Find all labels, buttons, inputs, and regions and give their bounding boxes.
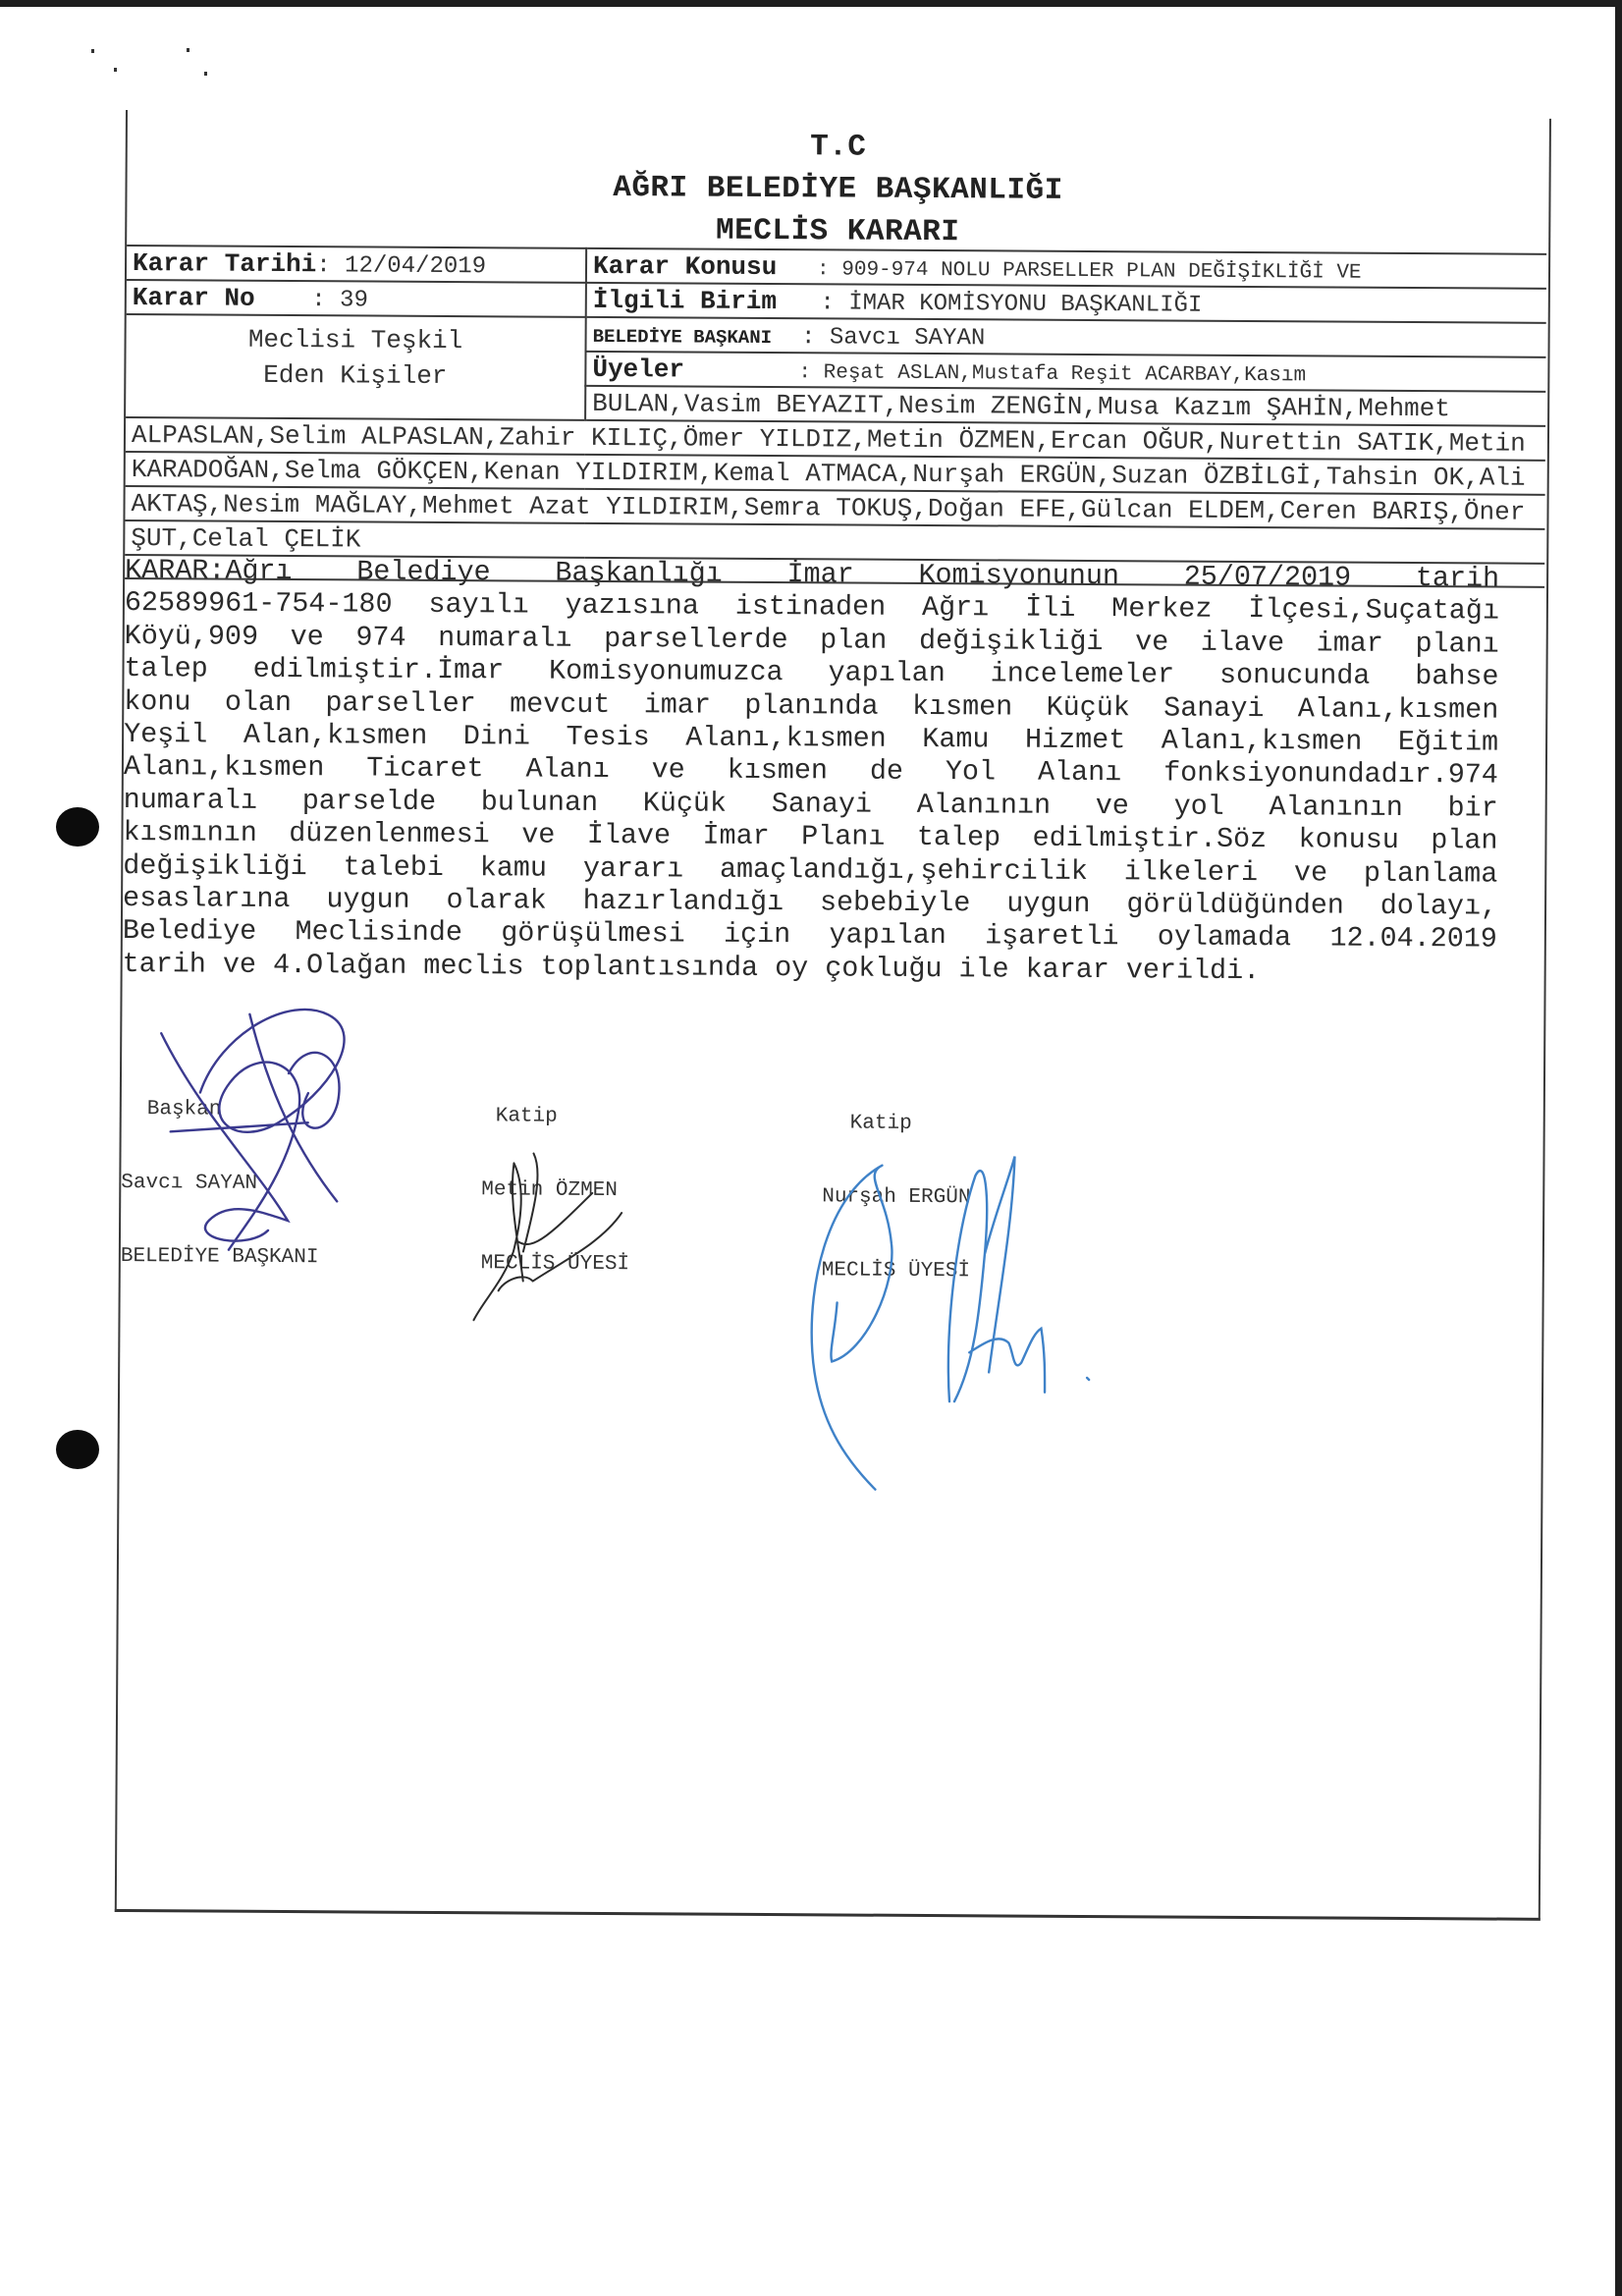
scan-speck — [204, 72, 207, 76]
scan-border-top — [0, 0, 1622, 7]
handwritten-signature-chair — [128, 110, 1549, 119]
members-label: Üyeler — [592, 354, 684, 384]
decision-body: KARAR:Ağrı Belediye Başkanlığı İmar Komi… — [123, 554, 1500, 989]
council-members-heading: Meclisi Teşkil Eden Kişiler — [126, 314, 586, 420]
scan-speck — [187, 48, 189, 52]
document-title: T.C AĞRI BELEDİYE BAŞKANLIĞI MECLİS KARA… — [127, 122, 1549, 257]
scan-speck — [114, 68, 117, 72]
decision-no-value: 39 — [340, 287, 368, 313]
mayor-value: Savcı SAYAN — [830, 324, 986, 352]
decision-date-value: 12/04/2019 — [345, 252, 486, 280]
decision-subject-label: Karar Konusu — [593, 250, 777, 281]
members-line: Reşat ASLAN,Mustafa Reşit ACARBAY,Kasım — [824, 361, 1307, 387]
signature-role: Katip — [823, 1111, 971, 1136]
mayor-label: BELEDİYE BAŞKANI — [593, 325, 773, 348]
decision-meta-table: Karar Tarihi: 12/04/2019 Karar Konusu : … — [125, 245, 1546, 588]
punch-hole — [56, 1430, 99, 1469]
members-line: BULAN,Vasim BEYAZIT,Nesim ZENGİN,Musa Ka… — [585, 386, 1545, 426]
related-unit-label: İlgili Birim — [593, 285, 777, 315]
decision-date-label: Karar Tarihi — [133, 248, 316, 279]
document-frame: T.C AĞRI BELEDİYE BAŞKANLIĞI MECLİS KARA… — [115, 110, 1551, 1921]
scan-border-right — [1615, 0, 1622, 2296]
decision-no-label: Karar No — [133, 283, 255, 313]
scan-speck — [91, 49, 94, 53]
related-unit-value: İMAR KOMİSYONU BAŞKANLIĞI — [848, 290, 1202, 318]
decision-subject-value: 909-974 NOLU PARSELLER PLAN DEĞİŞİKLİĞİ … — [841, 258, 1361, 284]
punch-hole — [56, 807, 99, 847]
signature-role: Katip — [482, 1104, 630, 1129]
